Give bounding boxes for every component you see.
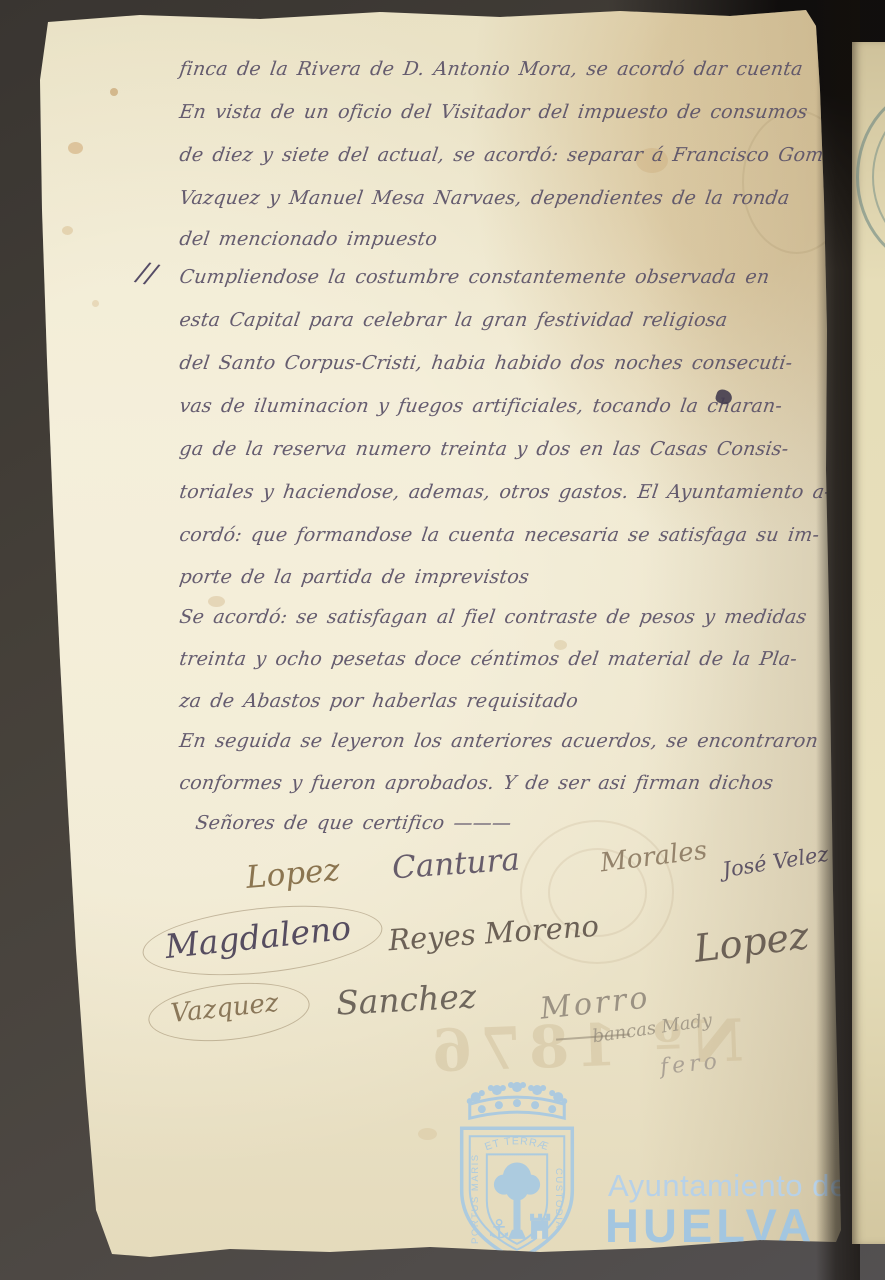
crest-motto-top: ET TERRÆ [483,1135,550,1153]
signature: Vazquez [146,976,313,1049]
signature: Cantura [391,842,521,887]
manuscript-line: Vazquez y Manuel Mesa Narvaes, dependien… [178,187,791,209]
crest-tower-icon [530,1214,550,1239]
crest-anchor-icon: ⚓ [487,1215,510,1245]
manuscript-line: za de Abastos por haberlas requisitado [178,690,580,712]
signature: José Velez [721,842,830,882]
paper-stain [110,88,118,96]
paper-stain [418,1128,437,1140]
manuscript-line: vas de iluminacion y fuegos artificiales… [178,395,784,417]
manuscript-line: finca de la Rivera de D. Antonio Mora, s… [178,58,804,80]
paper-stain [68,142,83,154]
manuscript-line: Señores de que certifico ——— [194,812,513,834]
adjacent-page-edge [852,42,885,1244]
manuscript-line: esta Capital para celebrar la gran festi… [178,309,729,331]
svg-text:ET TERRÆ: ET TERRÆ [483,1135,550,1153]
manuscript-line: porte de la partida de imprevistos [178,566,531,588]
signature: Magdaleno [139,896,385,986]
manuscript-line: toriales y haciendose, ademas, otros gas… [178,481,833,503]
signature: Lopez [245,852,342,896]
signature: Lopez [692,913,811,971]
signature: Sanchez [335,976,477,1022]
manuscript-line: En vista de un oficio del Visitador del … [178,101,809,123]
manuscript-line: del mencionado impuesto [178,228,439,250]
manuscript-line: ga de la reserva numero treinta y dos en… [178,438,790,460]
crest-motto-left: PORTUS MARIS [470,1153,481,1244]
partial-round-stamp [856,86,885,268]
paper-stain [62,226,73,235]
manuscript-line: treinta y ocho pesetas doce céntimos del… [178,648,799,670]
manuscript-paper: // finca de la Rivera de D. Antonio Mora… [0,0,885,1280]
paper-stain [92,300,99,307]
crest-motto-right: CUSTODIA [553,1168,564,1229]
manuscript-line: En seguida se leyeron los anteriores acu… [178,730,820,752]
manuscript-line: cordó: que formandose la cuenta necesari… [178,524,821,546]
manuscript-line: de diez y siete del actual, se acordó: s… [178,144,847,166]
manuscript-line: conformes y fueron aprobados. Y de ser a… [178,772,775,794]
manuscript-line: Se acordó: se satisfagan al fiel contras… [178,606,808,628]
manuscript-line: del Santo Corpus-Cristi, habia habido do… [178,352,794,374]
paragraph-mark: // [135,256,159,290]
huelva-crest-logo: ET TERRÆ PORTUS MARIS CUSTODIA ⚓ [438,1080,596,1266]
manuscript-line: Cumpliendose la costumbre constantemente… [178,266,771,288]
scanned-manuscript-page: // finca de la Rivera de D. Antonio Mora… [0,0,885,1280]
